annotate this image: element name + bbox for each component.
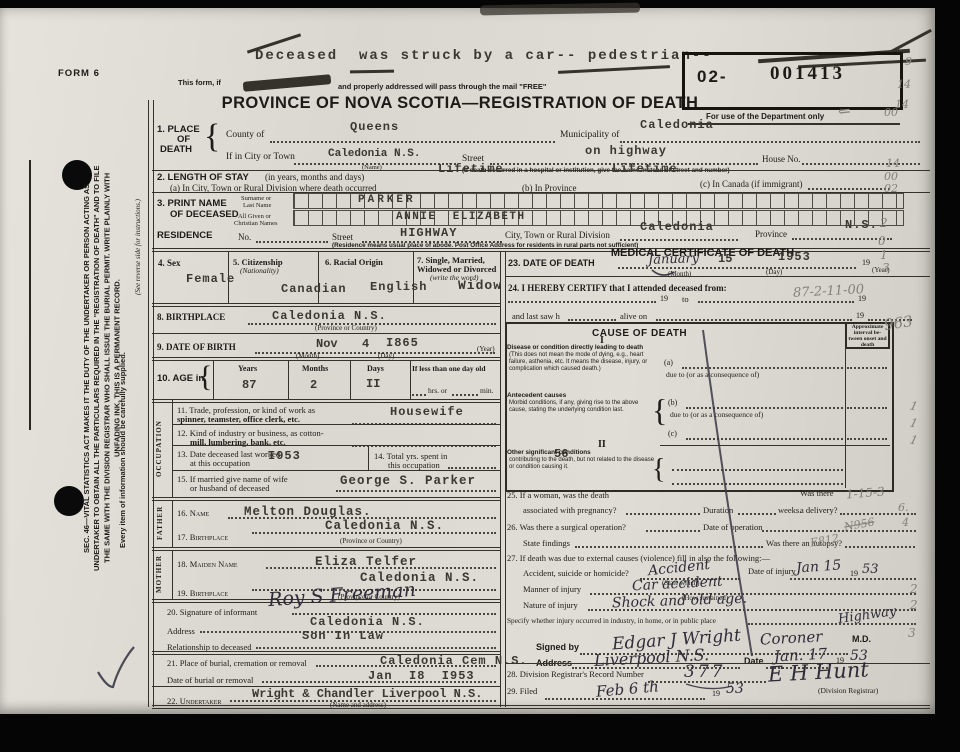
pencil-annotation: 14: [886, 157, 900, 170]
pencil-annotation: 6.: [898, 501, 909, 514]
scanned-death-certificate: FORM 6 SEC. 46—VITAL STATISTICS ACT MAKE…: [0, 0, 960, 752]
paper-sheet: FORM 6 SEC. 46—VITAL STATISTICS ACT MAKE…: [0, 8, 935, 714]
pencil-annotation: 3: [882, 261, 890, 275]
pencil-annotation: 14: [897, 78, 911, 91]
pencil-annotation: 1: [908, 398, 919, 413]
pencil-annotation: 4: [902, 516, 909, 529]
pencil-annotation: 2: [880, 216, 888, 230]
pencil-annotation: 1: [880, 248, 888, 262]
pencil-annotation: 2: [910, 598, 918, 612]
pencil-annotation: 963: [883, 312, 914, 334]
pencil-annotation: 1: [908, 432, 919, 447]
pencil-annotation: 1: [908, 415, 919, 430]
pencil-annotation: 02: [884, 182, 898, 195]
pencil-annotation: 9: [905, 55, 912, 68]
pencil-annotation: 0: [878, 234, 886, 248]
pencil-annotation: 00: [884, 106, 898, 119]
pencil-annotation: 2: [910, 582, 918, 596]
pencil-annotations-layer: 914140014000220139631111-15-36.4223: [0, 8, 935, 714]
pencil-annotation: 1-15-3: [845, 484, 885, 501]
pencil-annotation: 3: [908, 626, 916, 640]
